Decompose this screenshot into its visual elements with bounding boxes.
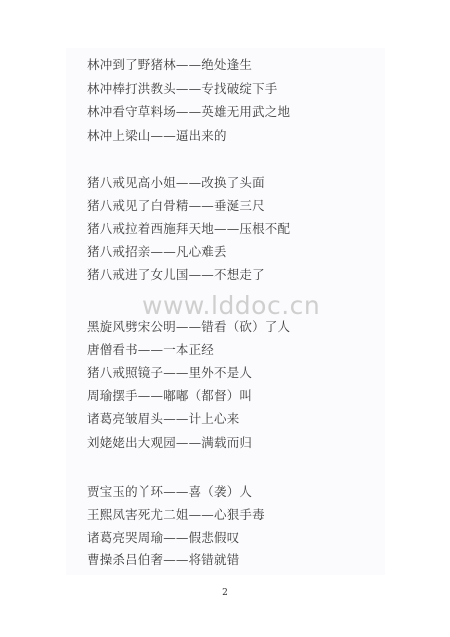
text-line: 猪八戒照镜子——里外不是人 (87, 365, 252, 381)
text-line: 唐僧看书——一本正经 (87, 342, 214, 358)
text-line: 诸葛亮哭周瑜——假悲假叹 (87, 530, 239, 546)
text-line: 林冲棒打洪教头——专找破绽下手 (87, 81, 278, 97)
text-line: 王熙凤害死尤二姐——心狠手毒 (87, 507, 265, 523)
text-line: 曹操杀吕伯奢——将错就错 (87, 552, 239, 568)
text-line: 猪八戒招亲——凡心难丢 (87, 244, 227, 260)
text-line: 猪八戒进了女儿国——不想走了 (87, 267, 265, 283)
watermark: www.lddoc.cn (142, 291, 320, 320)
document-page: 林冲到了野猪林——绝处逢生 林冲棒打洪教头——专找破绽下手 林冲看守草料场——英… (0, 0, 450, 637)
text-line: 贾宝玉的丫环——喜（袭）人 (87, 484, 252, 500)
text-line: 猪八戒见高小姐——改换了头面 (87, 175, 265, 191)
text-line: 诸葛亮皱眉头——计上心来 (87, 411, 239, 427)
text-line: 猪八戒拉着西施拜天地——压根不配 (87, 221, 290, 237)
text-line: 猪八戒见了白骨精——垂涎三尺 (87, 198, 265, 214)
text-line: 黑旋风劈宋公明——错看（砍）了人 (87, 319, 290, 335)
text-line: 林冲上梁山——逼出来的 (87, 128, 227, 144)
page-number: 2 (220, 588, 230, 598)
text-line: 林冲看守草料场——英雄无用武之地 (87, 104, 290, 120)
text-line: 周瑜摆手——嘟嘟（都督）叫 (87, 388, 252, 404)
text-line: 刘姥姥出大观园——满载而归 (87, 435, 252, 451)
text-line: 林冲到了野猪林——绝处逢生 (87, 57, 252, 73)
